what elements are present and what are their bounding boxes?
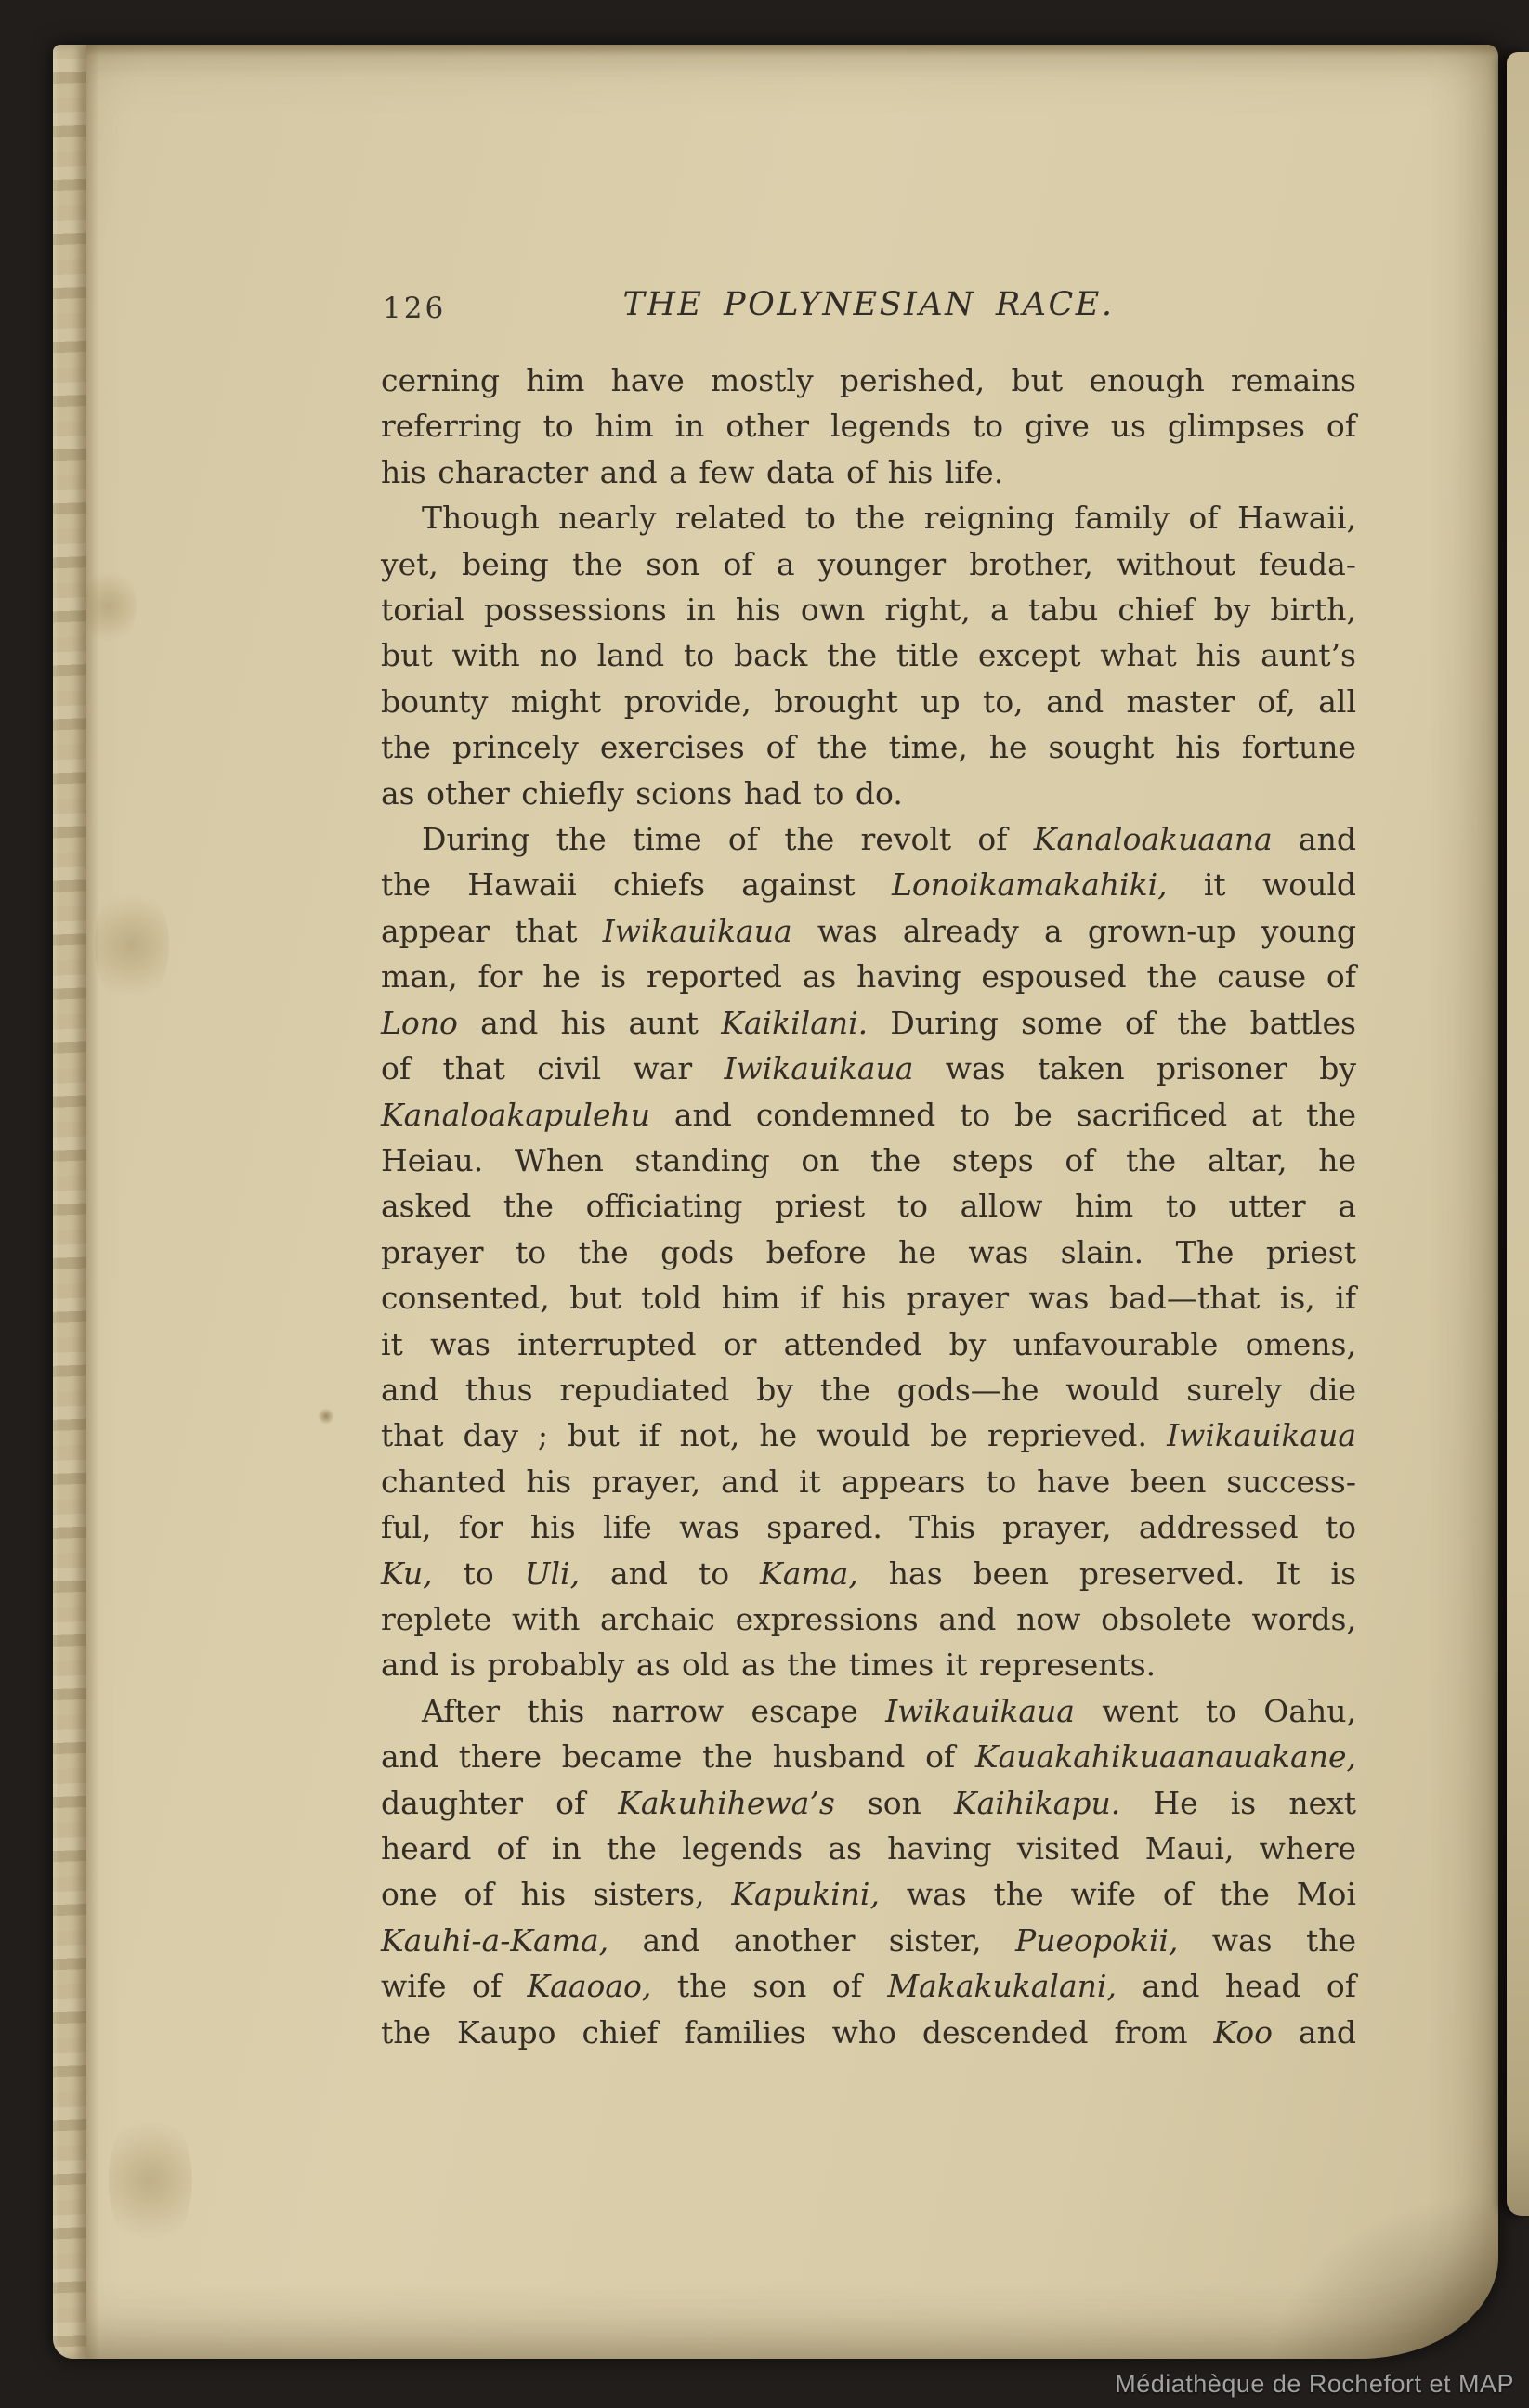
text-line: During the time of the revolt of Kanaloa… <box>381 816 1356 862</box>
body-text: cerning him have mostly perished, but en… <box>381 358 1356 2055</box>
text-line: one of his sisters, Kapukini, was the wi… <box>381 1871 1356 1917</box>
text-line: and thus repudiated by the gods—he would… <box>381 1367 1356 1412</box>
text-line: Kauhi-a-Kama, and another sister, Pueopo… <box>381 1918 1356 1963</box>
text-line: man, for he is reported as having espous… <box>381 954 1356 999</box>
text-line: torial possessions in his own right, a t… <box>381 587 1356 632</box>
text-line: ful, for his life was spared. This praye… <box>381 1504 1356 1550</box>
text-line: Ku, to Uli, and to Kama, has been preser… <box>381 1551 1356 1596</box>
text-line: wife of Kaaoao, the son of Makakukalani,… <box>381 1963 1356 2009</box>
text-line: but with no land to back the title excep… <box>381 632 1356 678</box>
watermark-label: Médiathèque de Rochefort et MAP <box>1115 2370 1514 2399</box>
text-line: his character and a few data of his life… <box>381 449 1356 495</box>
text-line: chanted his prayer, and it appears to ha… <box>381 1459 1356 1504</box>
text-line: the Kaupo chief families who descended f… <box>381 2010 1356 2055</box>
text-line: heard of in the legends as having visite… <box>381 1826 1356 1871</box>
stain-spot <box>318 1408 334 1425</box>
text-line: the Hawaii chiefs against Lonoikamakahik… <box>381 862 1356 907</box>
text-line: consented, but told him if his prayer wa… <box>381 1275 1356 1321</box>
text-line: After this narrow escape Iwikauikaua wen… <box>381 1688 1356 1734</box>
text-line: the princely exercises of the time, he s… <box>381 724 1356 770</box>
text-line: and is probably as old as the times it r… <box>381 1642 1356 1687</box>
text-line: yet, being the son of a younger brother,… <box>381 541 1356 587</box>
text-line: that day ; but if not, he would be repri… <box>381 1412 1356 1458</box>
page-left-edge-shadow <box>86 45 99 2359</box>
text-line: Kanaloakapulehu and condemned to be sacr… <box>381 1092 1356 1138</box>
text-line: Lono and his aunt Kaikilani. During some… <box>381 1000 1356 1046</box>
text-line: referring to him in other legends to giv… <box>381 403 1356 449</box>
text-line: asked the officiating priest to allow hi… <box>381 1183 1356 1229</box>
stain-spot <box>109 2106 192 2255</box>
text-line: replete with archaic expressions and now… <box>381 1596 1356 1642</box>
text-line: Though nearly related to the reigning fa… <box>381 495 1356 540</box>
page-left-edge <box>53 45 86 2359</box>
text-line: Heiau. When standing on the steps of the… <box>381 1138 1356 1183</box>
stain-spot <box>95 880 169 1010</box>
text-line: as other chiefly scions had to do. <box>381 771 1356 816</box>
next-page-edge <box>1507 52 1529 2216</box>
text-line: bounty might provide, brought up to, and… <box>381 679 1356 724</box>
page-header: 126 THE POLYNESIAN RACE. <box>381 284 1356 336</box>
text-line: of that civil war Iwikauikaua was taken … <box>381 1046 1356 1091</box>
running-title: THE POLYNESIAN RACE. <box>381 286 1356 323</box>
text-line: prayer to the gods before he was slain. … <box>381 1230 1356 1275</box>
text-line: and there became the husband of Kauakahi… <box>381 1734 1356 1779</box>
text-line: daughter of Kakuhihewa’s son Kaihikapu. … <box>381 1780 1356 1826</box>
book-page: 126 THE POLYNESIAN RACE. cerning him hav… <box>53 45 1498 2359</box>
text-line: cerning him have mostly perished, but en… <box>381 358 1356 403</box>
text-line: it was interrupted or attended by unfavo… <box>381 1321 1356 1367</box>
text-line: appear that Iwikauikaua was already a gr… <box>381 908 1356 954</box>
